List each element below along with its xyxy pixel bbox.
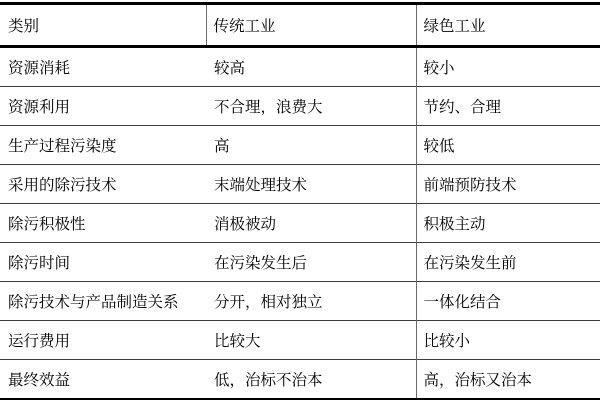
table-header-row: 类别 传统工业 绿色工业	[0, 4, 600, 47]
table-row: 最终效益 低，治标不治本 高，治标又治本	[0, 360, 600, 400]
table-cell: 消极被动	[206, 204, 416, 243]
header-cell-green-industry: 绿色工业	[416, 4, 600, 47]
table-row: 运行费用 比较大 比较小	[0, 321, 600, 360]
header-cell-traditional-industry: 传统工业	[206, 4, 416, 47]
row-label: 运行费用	[0, 321, 206, 360]
table-cell: 节约、合理	[416, 87, 600, 126]
table-cell: 高	[206, 126, 416, 165]
table-cell: 比较大	[206, 321, 416, 360]
table-cell: 较小	[416, 47, 600, 87]
table-cell: 末端处理技术	[206, 165, 416, 204]
table-cell: 积极主动	[416, 204, 600, 243]
industry-comparison-table: 类别 传统工业 绿色工业 资源消耗 较高 较小 资源利用 不合理，浪费大 节约、…	[0, 2, 600, 400]
table-cell: 低，治标不治本	[206, 360, 416, 400]
table-cell: 不合理，浪费大	[206, 87, 416, 126]
table-cell: 一体化结合	[416, 282, 600, 321]
table-row: 除污技术与产品制造关系 分开，相对独立 一体化结合	[0, 282, 600, 321]
document-page: 类别 传统工业 绿色工业 资源消耗 较高 较小 资源利用 不合理，浪费大 节约、…	[0, 0, 600, 400]
table-cell: 前端预防技术	[416, 165, 600, 204]
table-row: 除污积极性 消极被动 积极主动	[0, 204, 600, 243]
row-label: 除污技术与产品制造关系	[0, 282, 206, 321]
table-cell: 较低	[416, 126, 600, 165]
table-cell: 比较小	[416, 321, 600, 360]
row-label: 除污时间	[0, 243, 206, 282]
row-label: 资源消耗	[0, 47, 206, 87]
table-cell: 在污染发生前	[416, 243, 600, 282]
table-row: 资源利用 不合理，浪费大 节约、合理	[0, 87, 600, 126]
table-cell: 分开，相对独立	[206, 282, 416, 321]
table-row: 采用的除污技术 末端处理技术 前端预防技术	[0, 165, 600, 204]
row-label: 资源利用	[0, 87, 206, 126]
header-cell-category: 类别	[0, 4, 206, 47]
row-label: 除污积极性	[0, 204, 206, 243]
row-label: 最终效益	[0, 360, 206, 400]
table-cell: 在污染发生后	[206, 243, 416, 282]
table-cell: 较高	[206, 47, 416, 87]
table-row: 资源消耗 较高 较小	[0, 47, 600, 87]
table-row: 生产过程污染度 高 较低	[0, 126, 600, 165]
row-label: 采用的除污技术	[0, 165, 206, 204]
row-label: 生产过程污染度	[0, 126, 206, 165]
table-cell: 高，治标又治本	[416, 360, 600, 400]
table-row: 除污时间 在污染发生后 在污染发生前	[0, 243, 600, 282]
